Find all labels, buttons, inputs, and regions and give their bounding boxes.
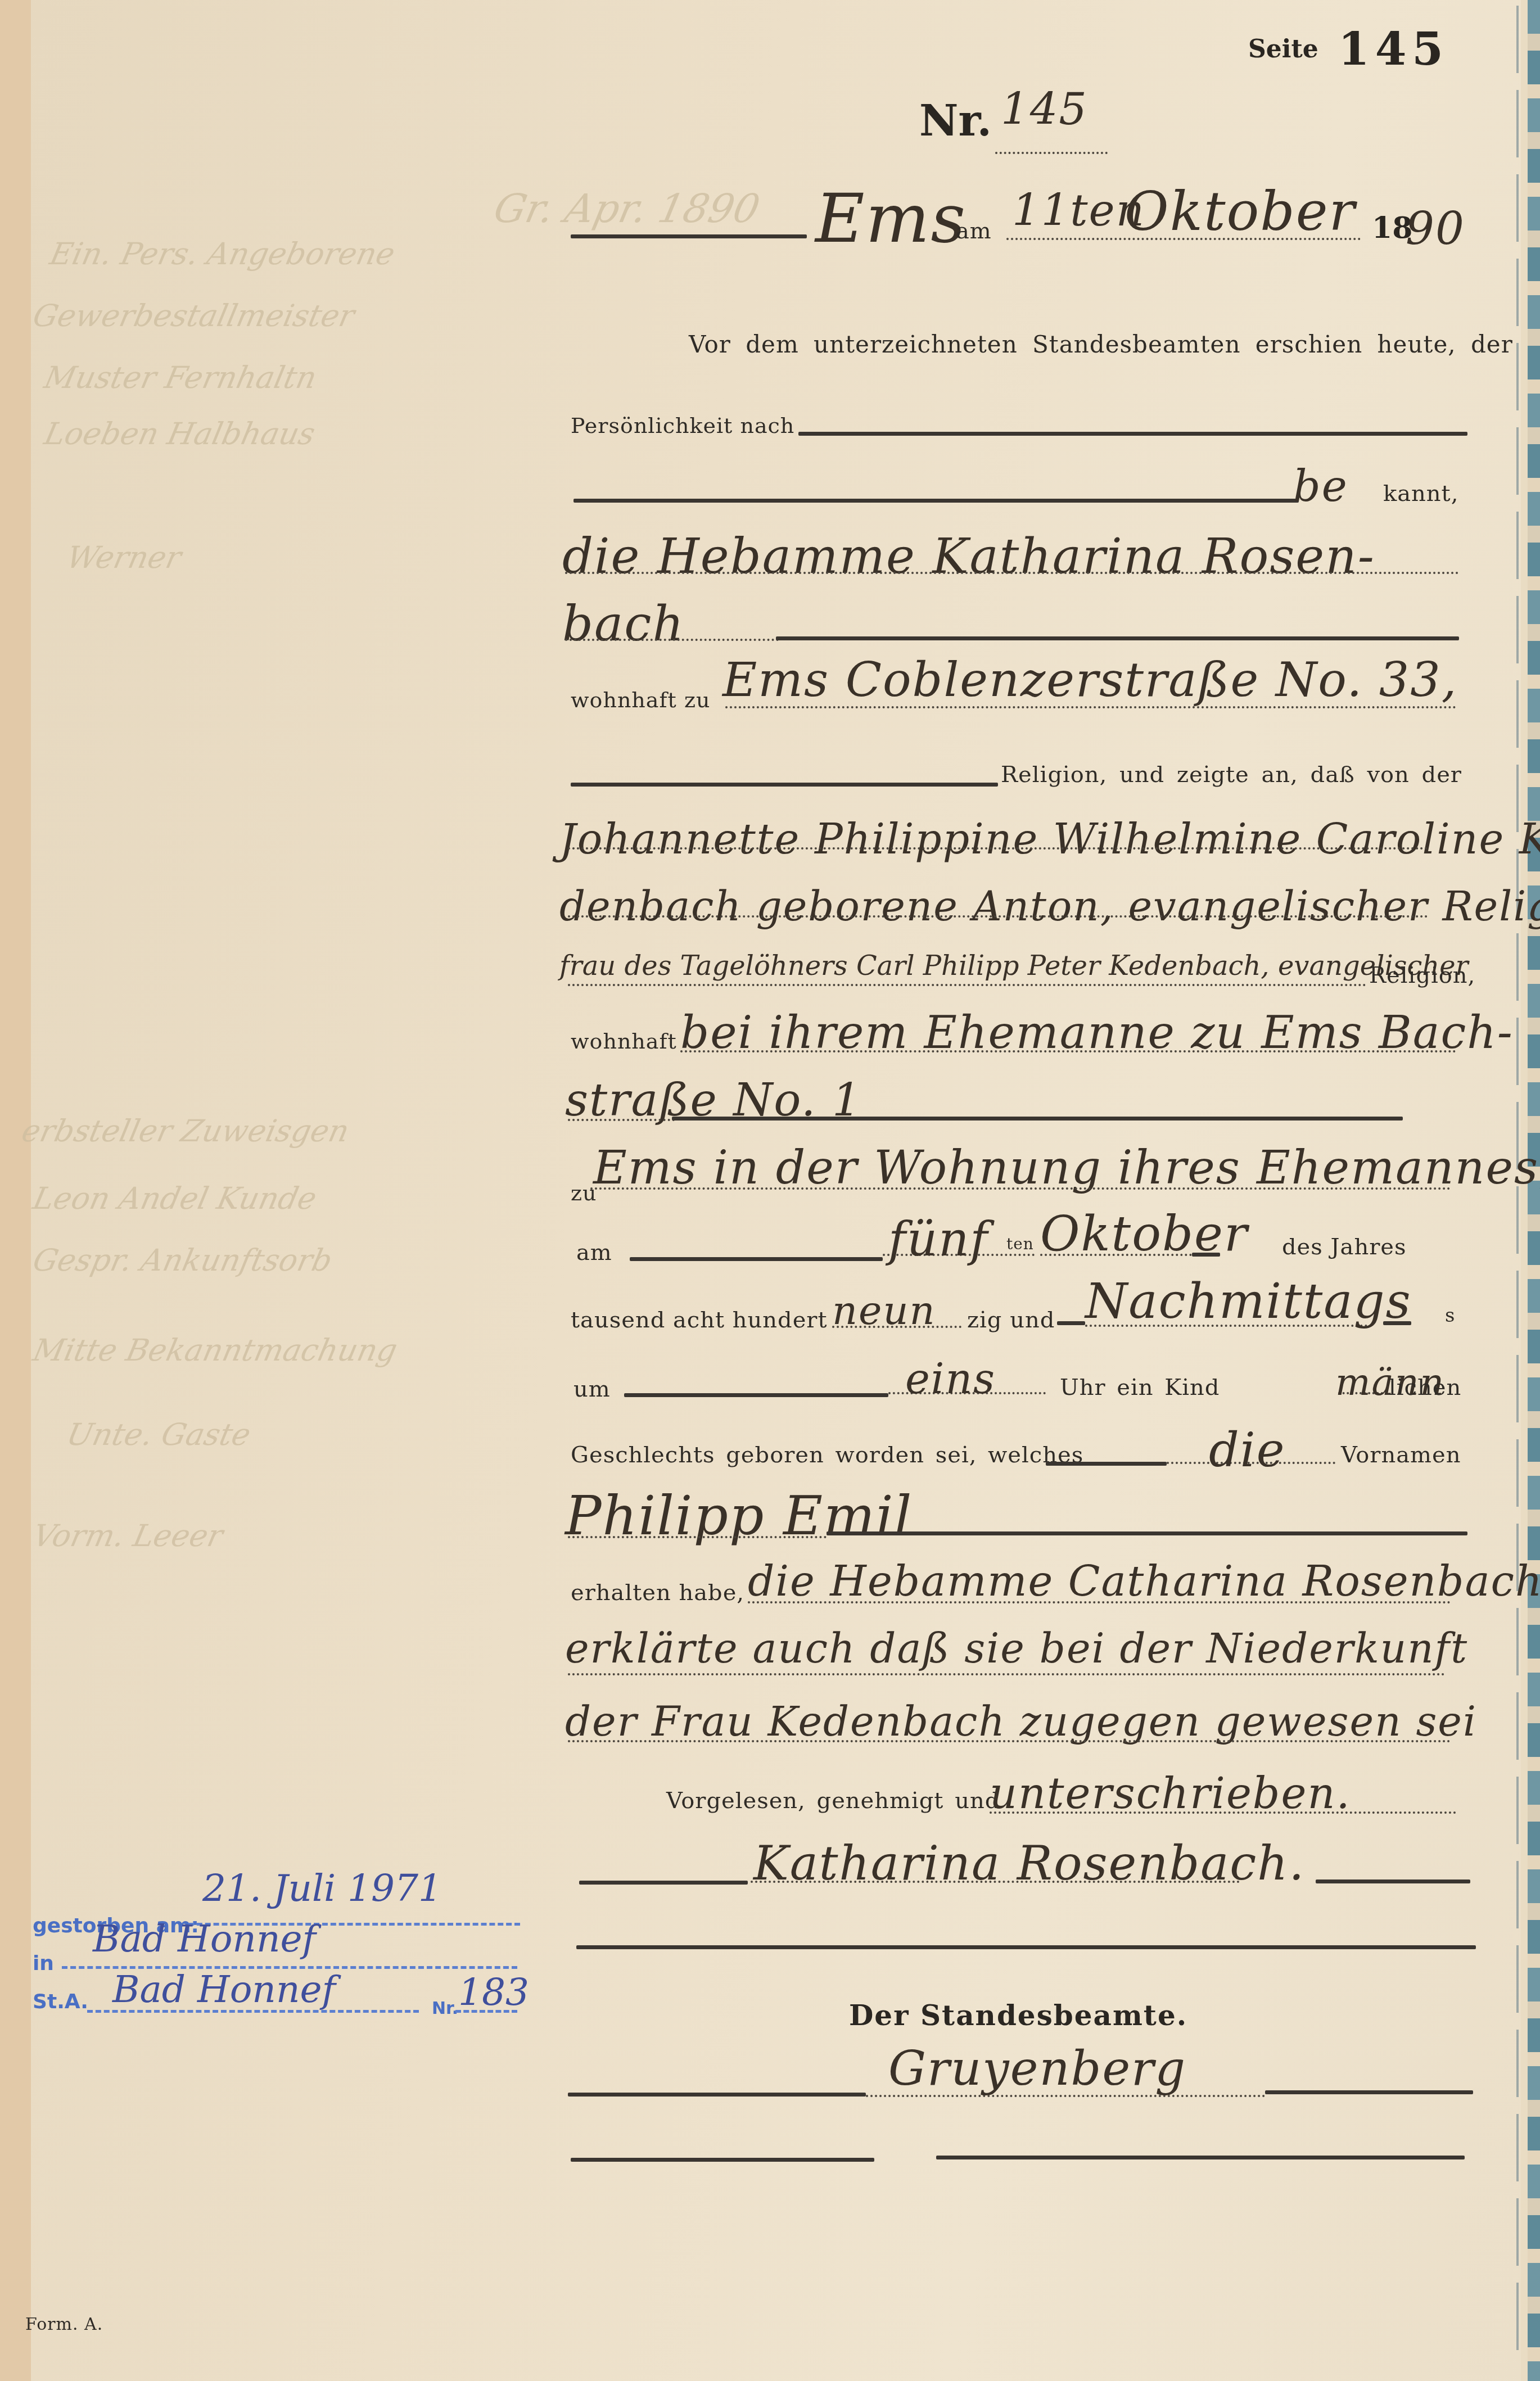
in-value: Bad Honnef xyxy=(93,1917,316,1960)
article-line xyxy=(1046,1462,1167,1466)
place-line xyxy=(571,234,807,238)
informant-sign-dots xyxy=(751,1881,1240,1883)
declaration-line-2-rule xyxy=(568,1673,1445,1675)
bleed-line: Leon Andel Kunde xyxy=(30,1181,320,1216)
registrar-signature: Gruyenberg xyxy=(888,2041,1186,2096)
informant-line-1: die Hebamme Katharina Rosen- xyxy=(562,528,1375,585)
vorgelesen-label: Vorgelesen, genehmigt und xyxy=(666,1788,1000,1814)
vornamen-label: Vornamen xyxy=(1341,1442,1461,1468)
registrar-blank-line-left xyxy=(571,2158,874,2162)
page-number: 145 xyxy=(1338,22,1449,75)
hour-line xyxy=(624,1393,888,1397)
mother-line-3: frau des Tagelöhners Carl Philipp Peter … xyxy=(559,950,1469,982)
identity-label: Persönlichkeit nach xyxy=(571,413,794,438)
registrar-blank-line-right xyxy=(936,2156,1465,2159)
mother-residence-2-solid xyxy=(672,1117,1403,1121)
number-value: 183 xyxy=(458,1971,529,2014)
informant-line-2-solid xyxy=(776,636,1459,640)
informant-residence-rule xyxy=(725,706,1456,708)
registrar-sign-line-left xyxy=(568,2093,866,2097)
bekannt-line xyxy=(573,499,1299,503)
bekannt-label: kannt, xyxy=(1383,481,1458,507)
in-label: in xyxy=(33,1952,54,1975)
informant-line-1-rule xyxy=(565,572,1459,574)
mother-line-1-rule xyxy=(568,847,1428,850)
form-label: Form. A. xyxy=(25,2315,103,2334)
bleed-line: Gr. Apr. 1890 xyxy=(490,186,764,232)
number-line xyxy=(455,2010,517,2013)
bleed-line: Ein. Pers. Angeborene xyxy=(47,236,398,272)
declaration-line-2: erklärte auch daß sie bei der Niederkunf… xyxy=(565,1625,1468,1672)
record-number-line xyxy=(995,152,1108,154)
time-of-day: Nachmittags xyxy=(1085,1273,1412,1330)
time-start-line xyxy=(1057,1321,1085,1325)
religion-and-text: Religion, und zeigte an, daß von der xyxy=(1001,762,1462,788)
registry-line xyxy=(87,2010,419,2013)
registrar-sign-line-right xyxy=(1265,2090,1473,2094)
article-value: die xyxy=(1209,1422,1285,1478)
declaration-line-3-rule xyxy=(568,1740,1451,1742)
declaration-line-1-rule xyxy=(748,1601,1451,1603)
declaration-line-3: der Frau Kedenbach zugegen gewesen sei xyxy=(565,1698,1477,1745)
geschlechts-label: Geschlechts geboren worden sei, welches xyxy=(571,1442,1083,1468)
date-am-label: am xyxy=(956,218,992,244)
lichen-label: lichen xyxy=(1389,1375,1461,1400)
number-label: Nr. xyxy=(432,1999,458,2018)
registry-value: Bad Honnef xyxy=(112,1968,336,2011)
um-label: um xyxy=(573,1376,611,1402)
month-end-line xyxy=(1192,1253,1220,1257)
wohnhaft-zu-label: wohnhaft zu xyxy=(571,688,710,712)
informant-sign-line-left xyxy=(579,1881,748,1885)
date-year-suffix: 90 xyxy=(1406,202,1465,255)
ten-suffix: ten xyxy=(1006,1235,1034,1253)
date-month: Oktober xyxy=(1124,180,1356,243)
page-label: Seite xyxy=(1248,35,1318,64)
zig-und-label: zig und xyxy=(967,1307,1055,1333)
bleed-line: Gespr. Ankunftsorb xyxy=(30,1243,335,1278)
bleed-line: Vorm. Leeer xyxy=(30,1518,226,1553)
decade-dots xyxy=(832,1326,961,1328)
mother-line-2: denbach geborene Anton, evangelischer Re… xyxy=(559,883,1540,930)
bekannt-prefix: be xyxy=(1293,461,1348,511)
bleed-line: Unte. Gaste xyxy=(64,1417,254,1452)
died-value: 21. Juli 1971 xyxy=(202,1867,442,1910)
signed-dots xyxy=(990,1811,1456,1814)
registry-label: St.A. xyxy=(33,1990,88,2013)
birth-place: Ems in der Wohnung ihres Ehemannes, xyxy=(593,1141,1540,1195)
blank-signature-line xyxy=(576,1945,1476,1949)
registrar-title: Der Standesbeamte. xyxy=(849,1999,1187,2032)
mother-residence-2-rule xyxy=(568,1119,675,1121)
page-left-margin xyxy=(0,0,32,2381)
des-jahres-label: des Jahres xyxy=(1282,1234,1406,1260)
identity-line xyxy=(798,432,1467,436)
bleed-line: Mitte Bekanntmachung xyxy=(30,1332,400,1368)
bleed-line: Werner xyxy=(64,540,184,575)
day-line xyxy=(630,1257,883,1261)
s-suffix: s xyxy=(1445,1304,1455,1327)
time-end-line xyxy=(1383,1321,1411,1325)
signed-value: unterschrieben. xyxy=(990,1768,1351,1818)
bleed-line: Loeben Halbhaus xyxy=(41,416,318,451)
mother-line-1: Johannette Philippine Wilhelmine Carolin… xyxy=(559,815,1540,864)
mother-line-3-rule xyxy=(568,984,1366,986)
birth-place-rule xyxy=(590,1187,1451,1190)
record-label: Nr. xyxy=(919,96,992,146)
birth-day: fünf xyxy=(888,1212,988,1267)
mother-line-2-rule xyxy=(568,915,1428,918)
given-names-line xyxy=(827,1531,1467,1535)
place-value: Ems xyxy=(815,180,967,258)
given-names-dots xyxy=(568,1536,827,1538)
mother-residence-1-rule xyxy=(680,1050,1456,1052)
bleed-line: erbsteller Zuweisgen xyxy=(19,1113,352,1149)
informant-line-2: bach xyxy=(562,596,685,652)
bleed-line: Muster Fernhaltn xyxy=(41,360,320,395)
informant-line-2-rule xyxy=(565,639,779,641)
religion-label: Religion, xyxy=(1369,963,1475,988)
wohnhaft-label: wohnhaft xyxy=(571,1029,677,1054)
intro-text: Vor dem unterzeichneten Standesbeamten e… xyxy=(689,331,1513,358)
record-number: 145 xyxy=(1001,84,1088,135)
uhr-kind-label: Uhr ein Kind xyxy=(1060,1375,1220,1400)
tausend-label: tausend acht hundert xyxy=(571,1307,828,1333)
declaration-line-1: die Hebamme Catharina Rosenbach xyxy=(748,1557,1540,1606)
birth-hour: eins xyxy=(905,1355,996,1403)
religion-line xyxy=(571,783,998,787)
informant-sign-line-right xyxy=(1316,1880,1470,1883)
bleed-line: Gewerbestallmeister xyxy=(30,298,358,333)
informant-residence: Ems Coblenzerstraße No. 33, xyxy=(722,652,1457,707)
erhalten-label: erhalten habe, xyxy=(571,1580,744,1606)
am-label: am xyxy=(576,1240,612,1266)
